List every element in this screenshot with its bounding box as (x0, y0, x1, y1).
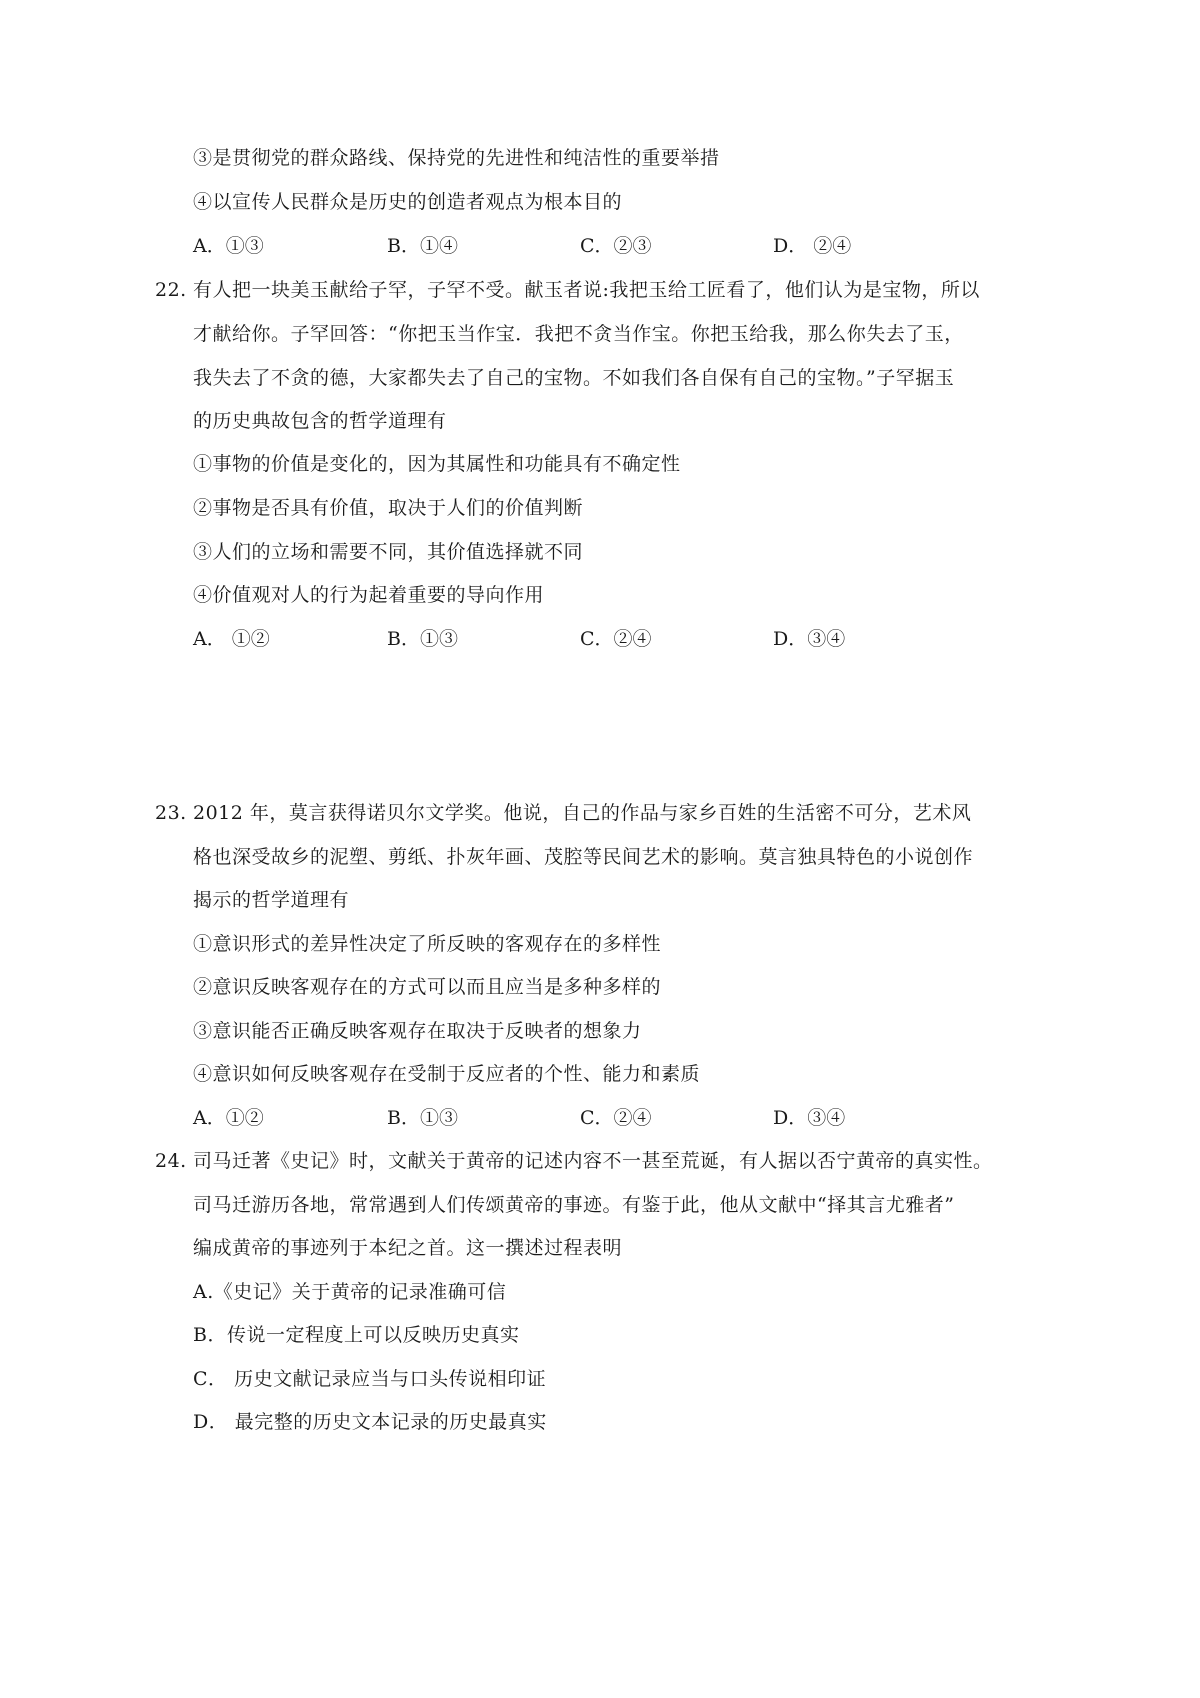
q22-stem-line-1: 有人把一块美玉献给子罕，子罕不受。献玉者说:我把玉给工匠看了，他们认为是宝物，所… (193, 278, 980, 302)
q22-options: A． ①② B．①③ C．②④ D．③④ (193, 627, 1093, 651)
q24-option-a: A.《史记》关于黄帝的记录准确可信 (193, 1280, 506, 1304)
q22-stem-line-2: 才献给你。子罕回答：“你把玉当作宝．我把不贪当作宝。你把玉给我，那么你失去了玉， (193, 322, 964, 346)
q23-number: 23. (155, 801, 187, 825)
q22-statement-3: ③人们的立场和需要不同，其价值选择就不同 (193, 540, 583, 564)
q21-option-b: B．①④ (387, 234, 458, 258)
q22-statement-4: ④价值观对人的行为起着重要的导向作用 (193, 583, 544, 607)
q22-number: 22. (155, 278, 187, 302)
q23-stem-line-3: 揭示的哲学道理有 (193, 888, 349, 912)
q21-option-a: A．①③ (193, 234, 264, 258)
q21-statement-3: ③是贯彻党的群众路线、保持党的先进性和纯洁性的重要举措 (193, 146, 720, 170)
q21-options: A．①③ B．①④ C．②③ D． ②④ (193, 234, 1093, 258)
q24-option-d: D． 最完整的历史文本记录的历史最真实 (193, 1410, 547, 1434)
q22-stem-line-4: 的历史典故包含的哲学道理有 (193, 409, 447, 433)
q24-stem-line-3: 编成黄帝的事迹列于本纪之首。这一撰述过程表明 (193, 1236, 622, 1260)
q21-option-c: C．②③ (580, 234, 652, 258)
q23-stem-line-1: 2012 年，莫言获得诺贝尔文学奖。他说，自己的作品与家乡百姓的生活密不可分，艺… (193, 801, 971, 825)
q22-statement-1: ①事物的价值是变化的，因为其属性和功能具有不确定性 (193, 452, 681, 476)
q24-number: 24. (155, 1149, 187, 1173)
q24-option-c: C． 历史文献记录应当与口头传说相印证 (193, 1367, 546, 1391)
q21-statement-4: ④以宣传人民群众是历史的创造者观点为根本目的 (193, 190, 622, 214)
q22-option-b: B．①③ (387, 627, 458, 651)
q23-option-b: B．①③ (387, 1106, 458, 1130)
q22-option-c: C．②④ (580, 627, 652, 651)
q22-option-a: A． ①② (193, 627, 270, 651)
q22-statement-2: ②事物是否具有价值，取决于人们的价值判断 (193, 496, 583, 520)
q23-stem-line-2: 格也深受故乡的泥塑、剪纸、扑灰年画、茂腔等民间艺术的影响。莫言独具特色的小说创作 (193, 845, 973, 869)
q23-option-a: A．①② (193, 1106, 264, 1130)
q23-statement-1: ①意识形式的差异性决定了所反映的客观存在的多样性 (193, 932, 661, 956)
q22-stem-line-3: 我失去了不贪的德，大家都失去了自己的宝物。不如我们各自保有自己的宝物。”子罕据玉 (193, 366, 954, 390)
q24-stem-line-2: 司马迁游历各地，常常遇到人们传颂黄帝的事迹。有鉴于此，他从文献中“择其言尤雅者” (193, 1193, 954, 1217)
q24-stem-line-1: 司马迁著《史记》时，文献关于黄帝的记述内容不一甚至荒诞，有人据以否宁黄帝的真实性… (193, 1149, 993, 1173)
q21-option-d: D． ②④ (773, 234, 851, 258)
q23-option-d: D．③④ (773, 1106, 845, 1130)
q22-option-d: D．③④ (773, 627, 845, 651)
q23-options: A．①② B．①③ C．②④ D．③④ (193, 1106, 1093, 1130)
q23-statement-3: ③意识能否正确反映客观存在取决于反映者的想象力 (193, 1019, 642, 1043)
q24-option-b: B．传说一定程度上可以反映历史真实 (193, 1323, 519, 1347)
q23-option-c: C．②④ (580, 1106, 652, 1130)
q23-statement-2: ②意识反映客观存在的方式可以而且应当是多种多样的 (193, 975, 661, 999)
q23-statement-4: ④意识如何反映客观存在受制于反应者的个性、能力和素质 (193, 1062, 700, 1086)
